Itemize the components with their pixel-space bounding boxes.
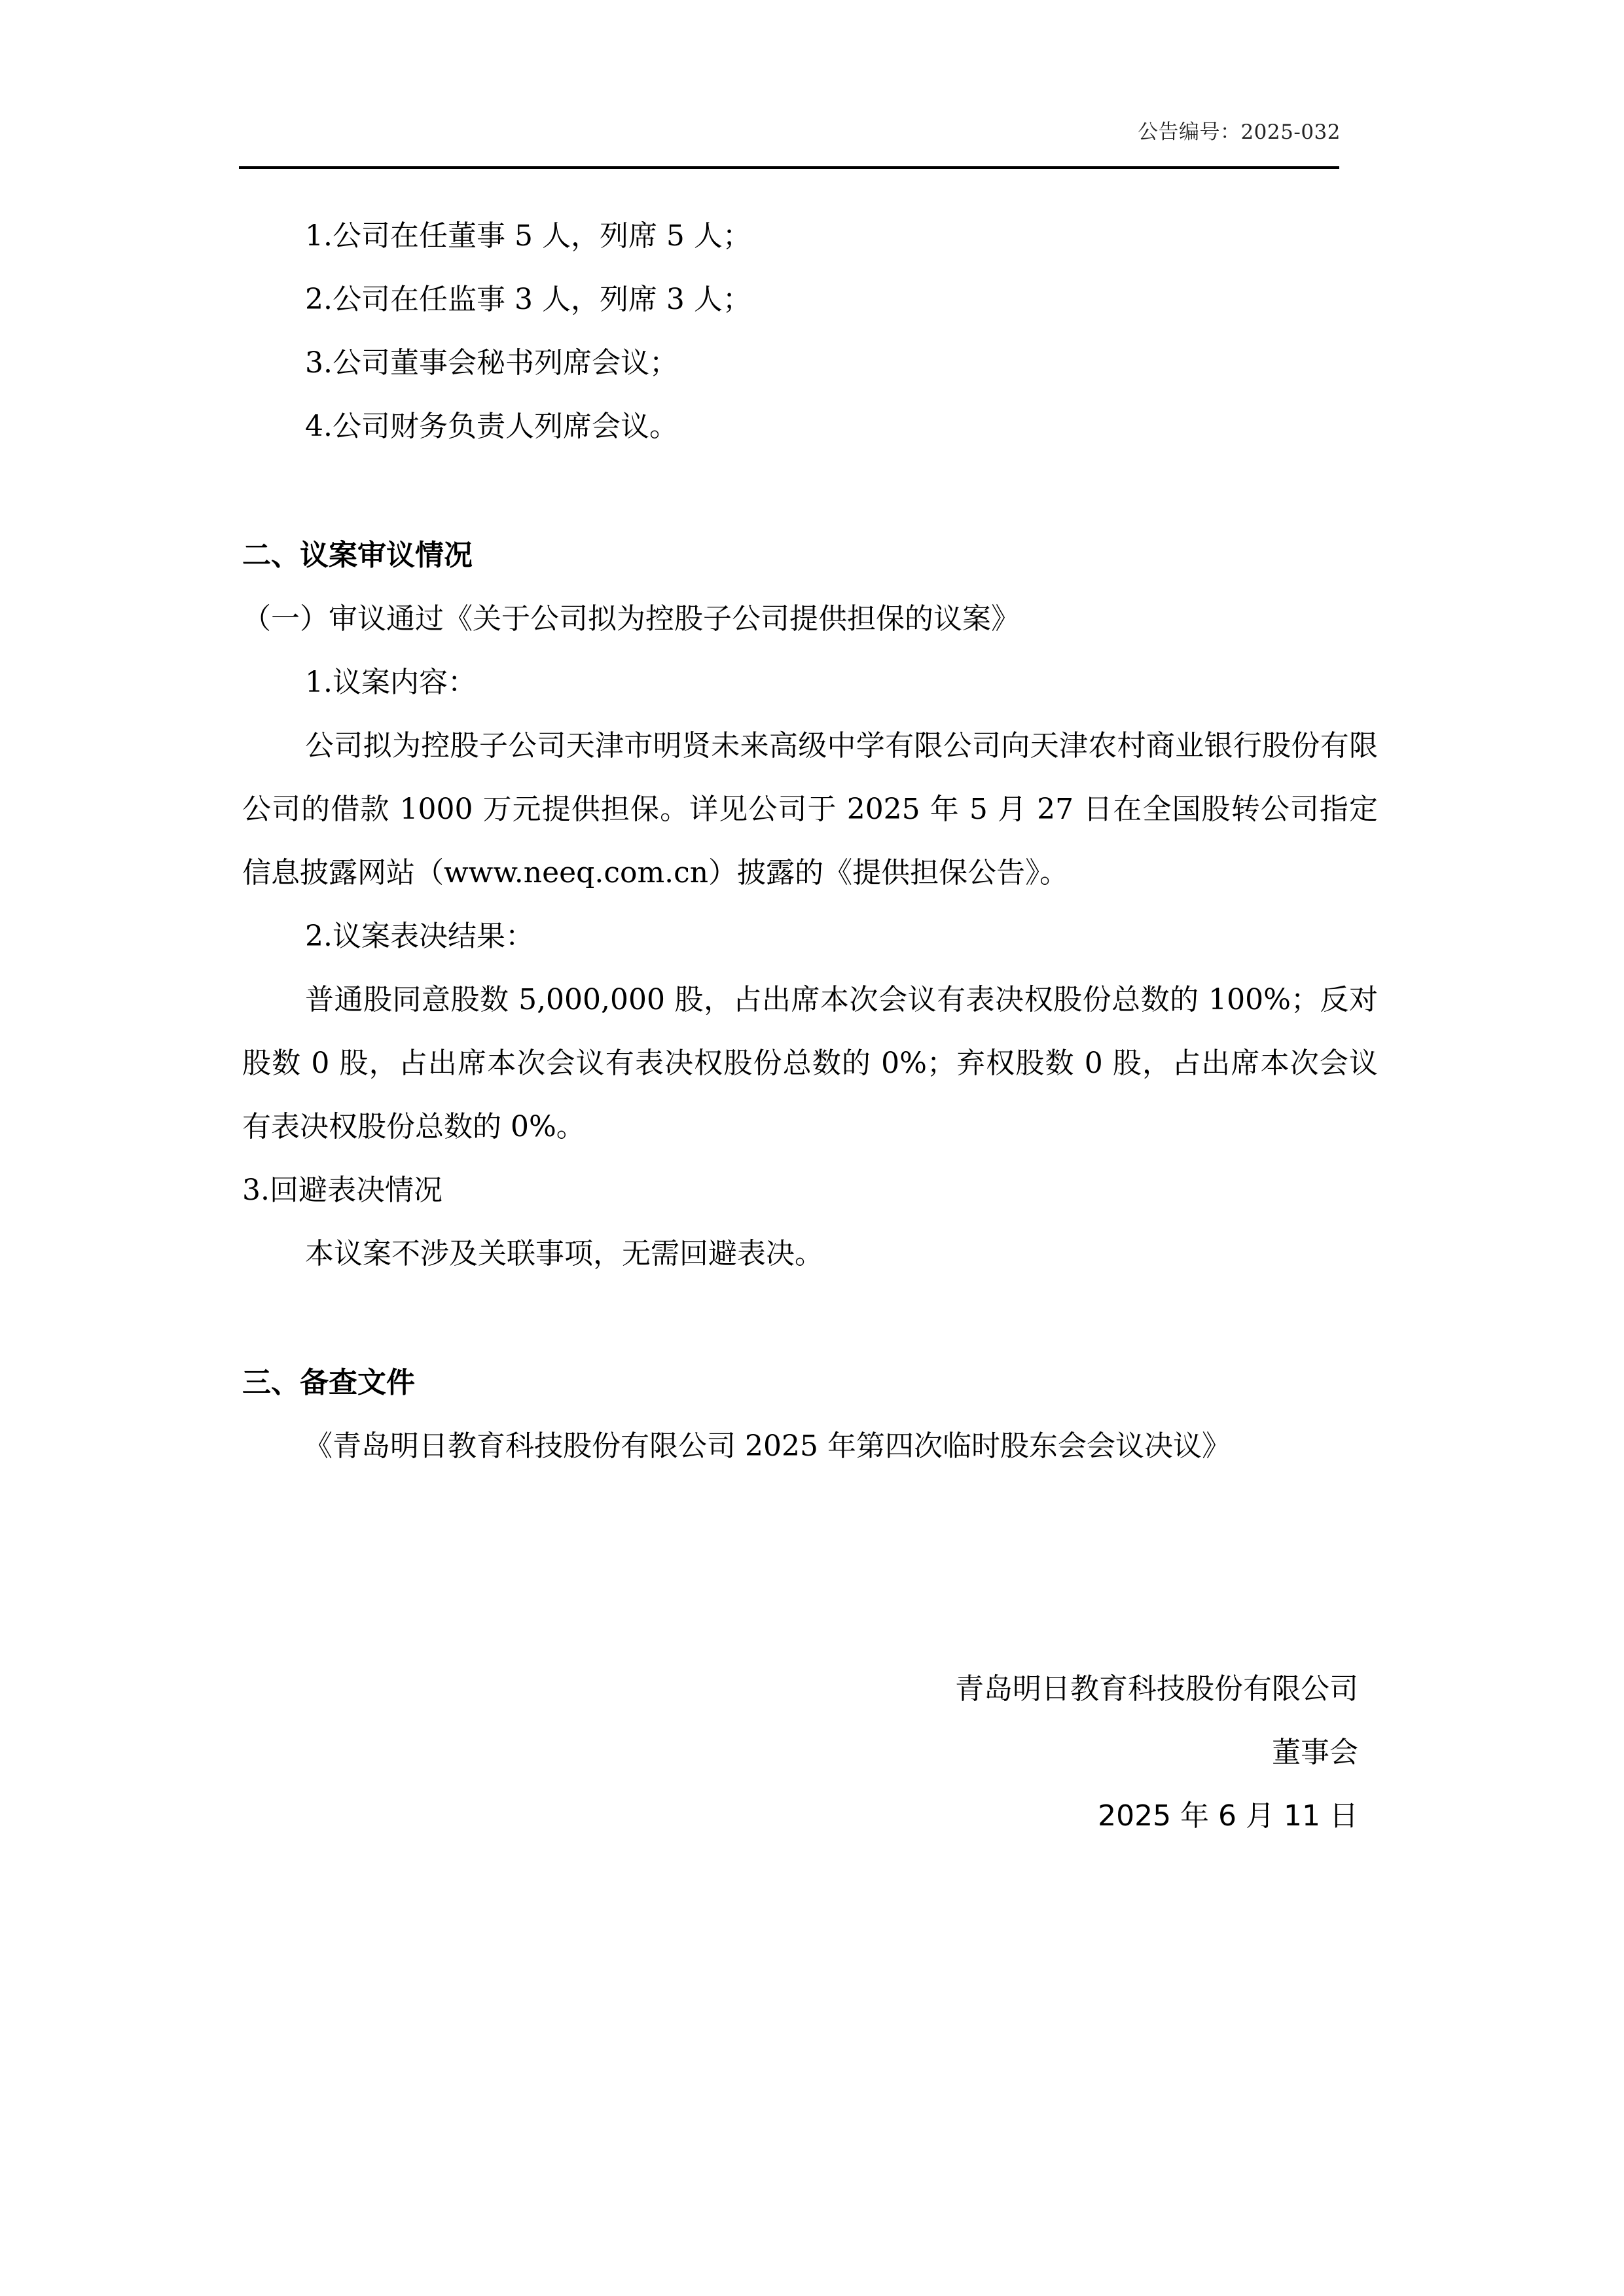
attendance-item-1: 1.公司在任董事 5 人，列席 5 人； bbox=[242, 204, 1378, 268]
attendance-item-3: 3.公司董事会秘书列席会议； bbox=[242, 331, 1378, 395]
signature-date: 2025 年 6 月 11 日 bbox=[1098, 1784, 1358, 1848]
spacer bbox=[242, 458, 1378, 524]
header-rule bbox=[239, 166, 1339, 169]
motion-title: （一）审议通过《关于公司拟为控股子公司提供担保的议案》 bbox=[242, 587, 1378, 651]
section-heading-files: 三、备查文件 bbox=[242, 1351, 1378, 1414]
content-text: 公司拟为控股子公司天津市明贤未来高级中学有限公司向天津农村商业银行股份有限公司的… bbox=[242, 714, 1378, 905]
section-heading-review: 二、议案审议情况 bbox=[242, 524, 1378, 587]
reference-document: 《青岛明日教育科技股份有限公司 2025 年第四次临时股东会会议决议》 bbox=[242, 1414, 1378, 1478]
attendance-item-4: 4.公司财务负责人列席会议。 bbox=[242, 395, 1378, 458]
vote-label: 2.议案表决结果： bbox=[242, 905, 1378, 968]
attendance-item-2: 2.公司在任监事 3 人，列席 3 人； bbox=[242, 268, 1378, 331]
vote-text: 普通股同意股数 5,000,000 股，占出席本次会议有表决权股份总数的 100… bbox=[242, 968, 1378, 1158]
signature-board: 董事会 bbox=[1272, 1721, 1358, 1784]
announcement-number: 公告编号：2025-032 bbox=[1138, 115, 1341, 145]
document-body: 1.公司在任董事 5 人，列席 5 人； 2.公司在任监事 3 人，列席 3 人… bbox=[242, 204, 1378, 1478]
spacer bbox=[242, 1285, 1378, 1351]
signature-company: 青岛明日教育科技股份有限公司 bbox=[955, 1657, 1358, 1721]
content-label: 1.议案内容： bbox=[242, 651, 1378, 714]
recusal-text: 本议案不涉及关联事项，无需回避表决。 bbox=[242, 1222, 1378, 1285]
recusal-label: 3.回避表决情况 bbox=[242, 1158, 1378, 1222]
